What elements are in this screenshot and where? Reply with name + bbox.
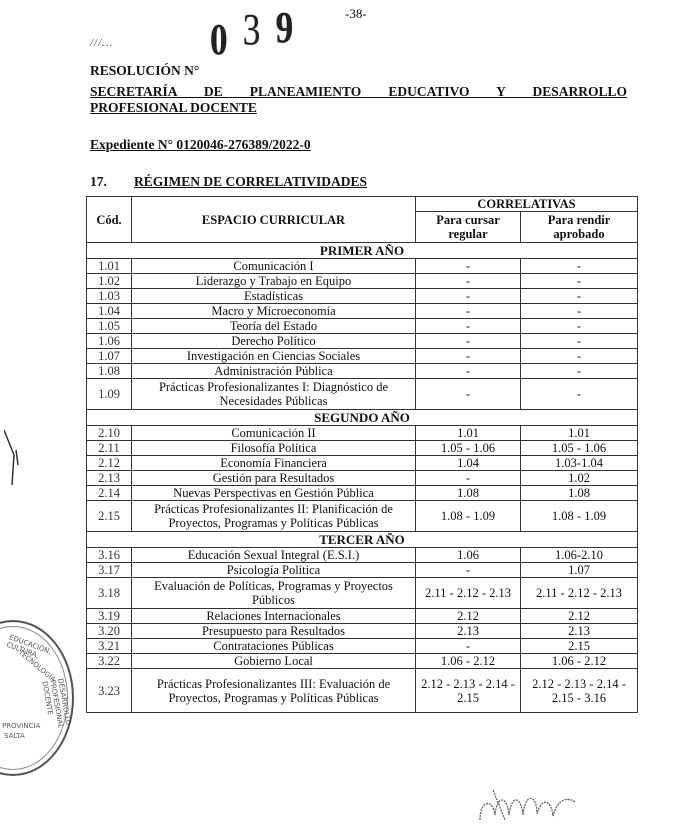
- cell-approved: -: [521, 319, 638, 334]
- page-number: -38-: [345, 6, 367, 22]
- year-row: SEGUNDO AÑO: [87, 410, 638, 426]
- cell-code: 2.11: [87, 441, 132, 456]
- table-row: 3.19Relaciones Internacionales2.122.12: [87, 609, 638, 624]
- table-row: 3.16Educación Sexual Integral (E.S.I.)1.…: [87, 548, 638, 563]
- cell-code: 3.21: [87, 639, 132, 654]
- table-row: 3.22Gobierno Local1.06 - 2.121.06 - 2.12: [87, 654, 638, 669]
- seal-text: PROVINCIA: [2, 722, 40, 730]
- header-code: Cód.: [87, 197, 132, 243]
- continuation-mark: ///...: [90, 37, 113, 49]
- stamp-digit: 9: [276, 2, 297, 53]
- cell-approved: 1.06-2.10: [521, 548, 638, 563]
- cell-subject: Nuevas Perspectivas en Gestión Pública: [132, 486, 416, 501]
- cell-subject: Relaciones Internacionales: [132, 609, 416, 624]
- cell-code: 1.07: [87, 349, 132, 364]
- seal-text: SALTA: [4, 732, 25, 740]
- cell-subject: Prácticas Profesionalizantes I: Diagnóst…: [132, 379, 416, 410]
- cell-code: 1.08: [87, 364, 132, 379]
- cell-regular: 2.11 - 2.12 - 2.13: [416, 578, 521, 609]
- cell-subject: Teoría del Estado: [132, 319, 416, 334]
- cell-approved: 1.07: [521, 563, 638, 578]
- cell-regular: 2.12: [416, 609, 521, 624]
- cell-approved: 2.13: [521, 624, 638, 639]
- cell-subject: Liderazgo y Trabajo en Equipo: [132, 274, 416, 289]
- cell-approved: 2.12: [521, 609, 638, 624]
- resolution-label: RESOLUCIÓN N°: [90, 63, 199, 79]
- cell-code: 3.20: [87, 624, 132, 639]
- year-label: TERCER AÑO: [87, 532, 638, 548]
- year-row: PRIMER AÑO: [87, 243, 638, 259]
- correlatives-table: Cód. ESPACIO CURRICULAR CORRELATIVAS Par…: [86, 196, 638, 713]
- expediente-number: Expediente N° 0120046-276389/2022-0: [90, 137, 311, 153]
- cell-subject: Educación Sexual Integral (E.S.I.): [132, 548, 416, 563]
- cell-approved: -: [521, 259, 638, 274]
- cell-regular: -: [416, 274, 521, 289]
- cell-approved: 2.15: [521, 639, 638, 654]
- cell-subject: Estadísticas: [132, 289, 416, 304]
- cell-subject: Contrataciones Públicas: [132, 639, 416, 654]
- cell-approved: 1.03-1.04: [521, 456, 638, 471]
- cell-code: 3.17: [87, 563, 132, 578]
- cell-subject: Comunicación II: [132, 426, 416, 441]
- cell-approved: -: [521, 349, 638, 364]
- cell-code: 3.16: [87, 548, 132, 563]
- cell-regular: -: [416, 319, 521, 334]
- cell-code: 3.22: [87, 654, 132, 669]
- cell-regular: 1.08 - 1.09: [416, 501, 521, 532]
- margin-initial-mark: [4, 420, 44, 490]
- cell-approved: 2.12 - 2.13 - 2.14 - 2.15 - 3.16: [521, 669, 638, 713]
- cell-subject: Filosofía Política: [132, 441, 416, 456]
- cell-subject: Economía Financiera: [132, 456, 416, 471]
- cell-regular: 1.06 - 2.12: [416, 654, 521, 669]
- cell-regular: -: [416, 563, 521, 578]
- cell-regular: -: [416, 471, 521, 486]
- cell-regular: -: [416, 289, 521, 304]
- table-row: 2.11Filosofía Política1.05 - 1.061.05 - …: [87, 441, 638, 456]
- table-body: PRIMER AÑO1.01Comunicación I--1.02Lidera…: [87, 243, 638, 713]
- signature: [475, 780, 595, 824]
- cell-code: 1.06: [87, 334, 132, 349]
- cell-approved: 1.01: [521, 426, 638, 441]
- year-row: TERCER AÑO: [87, 532, 638, 548]
- cell-subject: Gestión para Resultados: [132, 471, 416, 486]
- header-regular: Para cursar regular: [416, 212, 521, 243]
- cell-regular: 1.05 - 1.06: [416, 441, 521, 456]
- cell-regular: -: [416, 379, 521, 410]
- table-row: 2.10Comunicación II1.011.01: [87, 426, 638, 441]
- cell-approved: -: [521, 334, 638, 349]
- cell-code: 2.10: [87, 426, 132, 441]
- cell-regular: -: [416, 304, 521, 319]
- cell-subject: Derecho Político: [132, 334, 416, 349]
- cell-code: 2.12: [87, 456, 132, 471]
- cell-regular: 1.04: [416, 456, 521, 471]
- table-row: 3.23Prácticas Profesionalizantes III: Ev…: [87, 669, 638, 713]
- secretaria-heading: SECRETARÍA DE PLANEAMIENTO EDUCATIVO Y D…: [90, 84, 627, 100]
- cell-approved: -: [521, 289, 638, 304]
- official-seal: EDUCACIÓN, CULTURA, TECNOLOGÍA DESARROLL…: [0, 620, 74, 776]
- seal-text: DESARROLLO PROFESIONAL DOCENTE: [40, 678, 72, 730]
- cell-code: 1.02: [87, 274, 132, 289]
- cell-subject: Investigación en Ciencias Sociales: [132, 349, 416, 364]
- table-row: 3.21Contrataciones Públicas-2.15: [87, 639, 638, 654]
- table-row: 2.15Prácticas Profesionalizantes II: Pla…: [87, 501, 638, 532]
- cell-subject: Evaluación de Políticas, Programas y Pro…: [132, 578, 416, 609]
- cell-subject: Comunicación I: [132, 259, 416, 274]
- cell-regular: 2.13: [416, 624, 521, 639]
- cell-regular: -: [416, 364, 521, 379]
- cell-code: 1.01: [87, 259, 132, 274]
- cell-approved: 1.02: [521, 471, 638, 486]
- cell-approved: 1.08: [521, 486, 638, 501]
- section-number: 17.: [90, 174, 134, 190]
- cell-approved: -: [521, 379, 638, 410]
- table-row: 2.14Nuevas Perspectivas en Gestión Públi…: [87, 486, 638, 501]
- cell-regular: 1.01: [416, 426, 521, 441]
- cell-approved: 1.08 - 1.09: [521, 501, 638, 532]
- stamp-digit: 3: [243, 4, 264, 55]
- cell-regular: -: [416, 349, 521, 364]
- cell-code: 2.13: [87, 471, 132, 486]
- table-row: 3.20Presupuesto para Resultados2.132.13: [87, 624, 638, 639]
- cell-regular: 1.06: [416, 548, 521, 563]
- table-row: 1.05Teoría del Estado--: [87, 319, 638, 334]
- resolution-number-stamp: 0 3 9: [210, 0, 296, 51]
- cell-regular: -: [416, 334, 521, 349]
- cell-regular: 2.12 - 2.13 - 2.14 - 2.15: [416, 669, 521, 713]
- cell-subject: Prácticas Profesionalizantes II: Planifi…: [132, 501, 416, 532]
- cell-regular: -: [416, 639, 521, 654]
- table-row: 3.18Evaluación de Políticas, Programas y…: [87, 578, 638, 609]
- cell-approved: -: [521, 364, 638, 379]
- cell-code: 1.09: [87, 379, 132, 410]
- year-label: SEGUNDO AÑO: [87, 410, 638, 426]
- cell-subject: Administración Pública: [132, 364, 416, 379]
- table-row: 1.01Comunicación I--: [87, 259, 638, 274]
- table-row: 1.02Liderazgo y Trabajo en Equipo--: [87, 274, 638, 289]
- cell-regular: -: [416, 259, 521, 274]
- cell-approved: -: [521, 274, 638, 289]
- section-heading: 17.RÉGIMEN DE CORRELATIVIDADES: [90, 174, 367, 190]
- table-row: 2.13Gestión para Resultados-1.02: [87, 471, 638, 486]
- cell-code: 1.03: [87, 289, 132, 304]
- cell-subject: Gobierno Local: [132, 654, 416, 669]
- cell-subject: Macro y Microeconomía: [132, 304, 416, 319]
- year-label: PRIMER AÑO: [87, 243, 638, 259]
- cell-subject: Presupuesto para Resultados: [132, 624, 416, 639]
- table-row: 1.03Estadísticas--: [87, 289, 638, 304]
- cell-subject: Psicología Política: [132, 563, 416, 578]
- cell-code: 2.15: [87, 501, 132, 532]
- cell-regular: 1.08: [416, 486, 521, 501]
- header-subject: ESPACIO CURRICULAR: [132, 197, 416, 243]
- table-row: 2.12Economía Financiera1.041.03-1.04: [87, 456, 638, 471]
- table-row: 1.07Investigación en Ciencias Sociales--: [87, 349, 638, 364]
- secretaria-heading-line2: PROFESIONAL DOCENTE: [90, 100, 257, 116]
- stamp-digit: 0: [210, 14, 231, 65]
- cell-approved: 1.05 - 1.06: [521, 441, 638, 456]
- cell-code: 1.04: [87, 304, 132, 319]
- cell-code: 1.05: [87, 319, 132, 334]
- cell-code: 3.19: [87, 609, 132, 624]
- cell-approved: 1.06 - 2.12: [521, 654, 638, 669]
- table-row: 3.17Psicología Política-1.07: [87, 563, 638, 578]
- cell-code: 3.23: [87, 669, 132, 713]
- header-approved: Para rendir aprobado: [521, 212, 638, 243]
- cell-approved: 2.11 - 2.12 - 2.13: [521, 578, 638, 609]
- cell-code: 2.14: [87, 486, 132, 501]
- cell-code: 3.18: [87, 578, 132, 609]
- cell-approved: -: [521, 304, 638, 319]
- table-row: 1.06Derecho Político--: [87, 334, 638, 349]
- table-row: 1.04Macro y Microeconomía--: [87, 304, 638, 319]
- table-row: 1.09Prácticas Profesionalizantes I: Diag…: [87, 379, 638, 410]
- table-row: 1.08Administración Pública--: [87, 364, 638, 379]
- header-correlativas: CORRELATIVAS: [416, 197, 638, 212]
- section-title: RÉGIMEN DE CORRELATIVIDADES: [134, 174, 367, 189]
- cell-subject: Prácticas Profesionalizantes III: Evalua…: [132, 669, 416, 713]
